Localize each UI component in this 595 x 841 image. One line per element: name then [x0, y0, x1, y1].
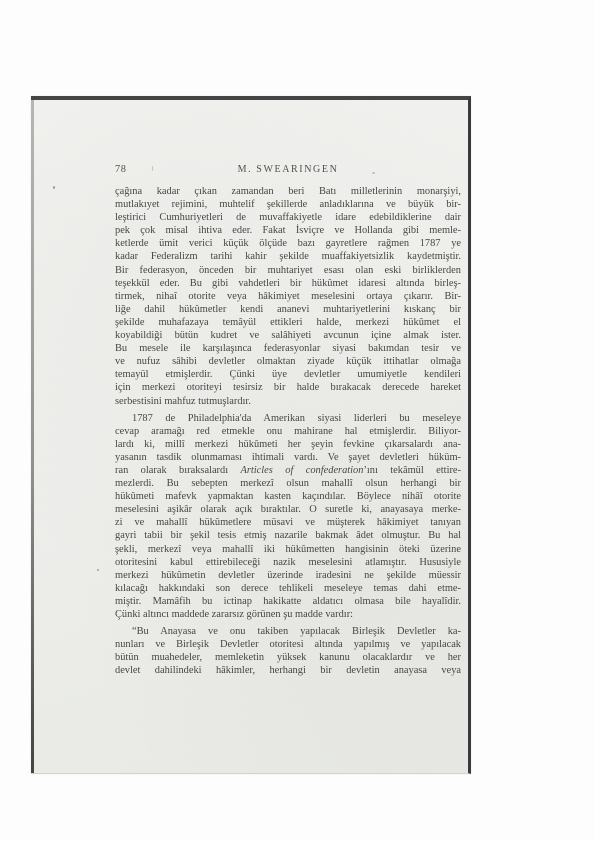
text-line: otoritesini kabul ettirebileceği nazik m…	[115, 556, 461, 569]
text-line: ketlerde ümit verici küçük ölçüde bazı g…	[115, 237, 461, 250]
text-line: bütün muahedeler, memleketin yüksek kanu…	[115, 651, 461, 664]
text-line: liğe dahil hükûmetler kendi ananevi muht…	[115, 303, 461, 316]
text-line: merkezi hükûmetin devletler üzerinde ira…	[115, 569, 461, 582]
running-title: M. SWEARINGEN	[238, 164, 339, 175]
text-line: zi ve mahallî hükûmetlere müsavi ve müşt…	[115, 516, 461, 529]
text-line: serbestisini mahfuz tutmuşlardır.	[115, 395, 461, 408]
text-line: kılacağı hakkındaki son derece tehlikeli…	[115, 582, 461, 595]
paragraph-3-quote: “Bu Anayasa ve onu takiben yapılacak Bir…	[115, 625, 461, 677]
text-line: meselesini aşikâr olarak açık bıraktılar…	[115, 503, 461, 516]
text-line: Çünki altıncı maddede zararsız görünen ş…	[115, 608, 461, 621]
text-line: “Bu Anayasa ve onu takiben yapılacak Bir…	[115, 625, 461, 638]
page-header: 78 M. SWEARINGEN	[115, 163, 461, 176]
text-line: ve nufuz sâhibi devletler olmaktan ziyad…	[115, 355, 461, 368]
text-line: cevap aramağı red etmekle onu mahirane h…	[115, 425, 461, 438]
text-segment: ran olarak bıraksalardı	[115, 465, 241, 476]
text-line: şekilde muhafazaya temâyül ettikleri hal…	[115, 316, 461, 329]
text-line: şekli, merkezî veya mahallî iki hükûmett…	[115, 543, 461, 556]
text-line: nunları ve Birleşik Devletler otoritesi …	[115, 638, 461, 651]
text-line: için merkezi otoriteyi tesirsiz bir hald…	[115, 381, 461, 394]
scan-speck	[53, 186, 55, 189]
text-line: kadar Federalizm tarihi kahir şekilde mu…	[115, 250, 461, 263]
text-line: teşekkül eder. Bu gibi vahdetleri bir hü…	[115, 277, 461, 290]
text-line: leştirici Cumhuriyetleri de muvaffakiyet…	[115, 211, 461, 224]
text-line-with-italic: ran olarak bıraksalardı Articles of conf…	[115, 464, 461, 477]
scan-speck	[97, 569, 99, 571]
text-line: yasanın tasdik olunmaması ihtimali vardı…	[115, 451, 461, 464]
text-line: Bu mesele ile karşılaşınca federasyonlar…	[115, 342, 461, 355]
scanned-page: 78 M. SWEARINGEN çağına kadar çıkan zama…	[31, 96, 471, 774]
text-line: mutlakıyet rejimini, muhtelif şekillerde…	[115, 198, 461, 211]
paragraph-2: 1787 de Philadelphia'da Amerikan siyasi …	[115, 412, 461, 622]
text-line: lardı ki, millî merkezi hükûmeti her şey…	[115, 438, 461, 451]
text-line: Bir federasyon, önceden bir muhtariyet e…	[115, 264, 461, 277]
text-line: çağına kadar çıkan zamandan beri Batı mi…	[115, 185, 461, 198]
paragraph-1: çağına kadar çıkan zamandan beri Batı mi…	[115, 185, 461, 408]
text-line: 1787 de Philadelphia'da Amerikan siyasi …	[115, 412, 461, 425]
text-line: temayül etmişlerdir. Çünki üye devletler…	[115, 368, 461, 381]
text-line: pek çok misal ihtiva eder. Fakat İsviçre…	[115, 224, 461, 237]
page-left-edge	[31, 100, 34, 773]
text-column: 78 M. SWEARINGEN çağına kadar çıkan zama…	[115, 163, 461, 677]
text-line: tirmek, nihaî otorite veya hâkimiyet mes…	[115, 290, 461, 303]
text-line: hükûmeti mafevk yapmaktan kasten kaçındı…	[115, 490, 461, 503]
text-segment: ’ını tekâmül ettire-	[363, 465, 461, 476]
text-line: mezlerdi. Bu sebepten merkezî olsun maha…	[115, 477, 461, 490]
screenshot-background: 78 M. SWEARINGEN çağına kadar çıkan zama…	[0, 0, 595, 841]
text-line: koyabildiği bütün kudret ve salâhiyeti a…	[115, 329, 461, 342]
text-line: gayri tabii bir şekil tesis etmiş nazari…	[115, 529, 461, 542]
page-number: 78	[115, 163, 126, 176]
italic-book-title: Articles of confederation	[241, 465, 364, 476]
text-line: devlet dahilindeki hâkimler, herhangi bi…	[115, 664, 461, 677]
text-line: miştir. Mamâfih bu ictinap hakikatte ald…	[115, 595, 461, 608]
